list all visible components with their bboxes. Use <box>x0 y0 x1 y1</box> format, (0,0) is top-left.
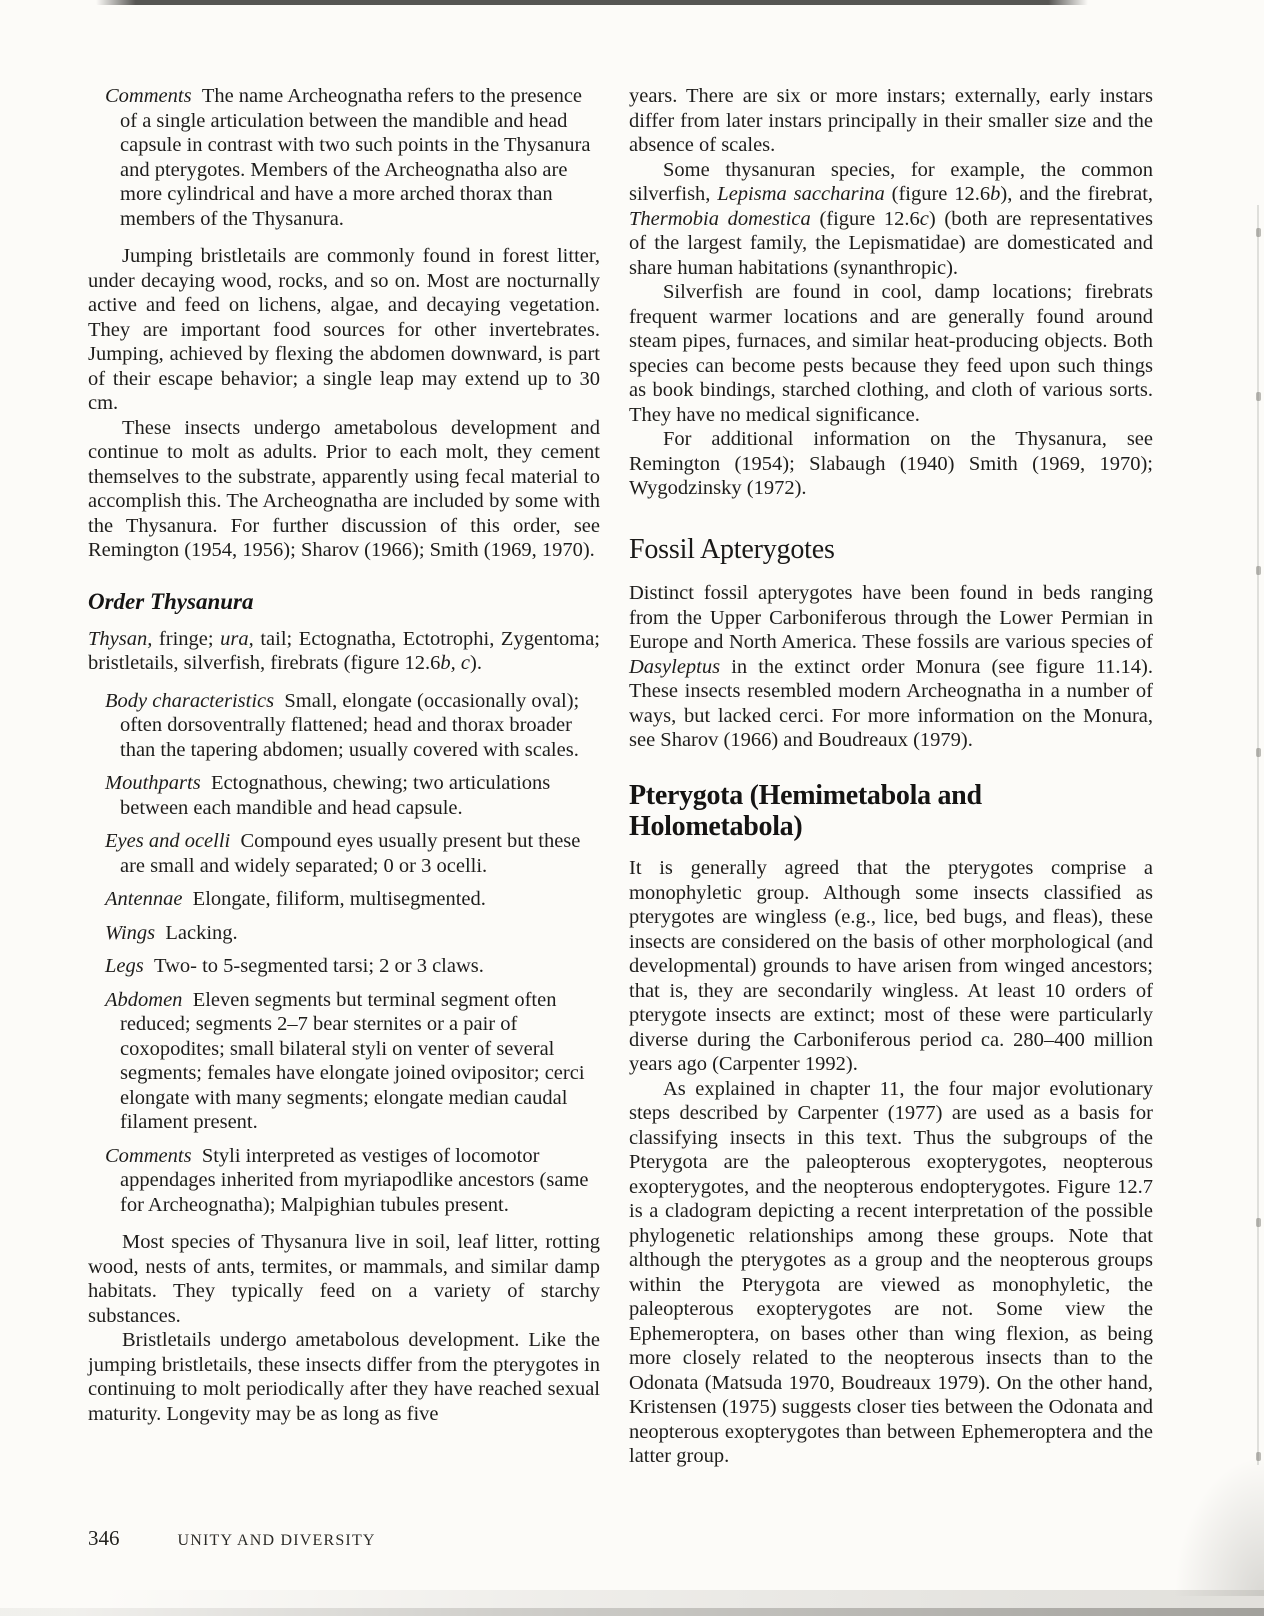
comments-archeognatha: Comments The name Archeognatha refers to… <box>88 84 600 231</box>
right-column: years. There are six or more instars; ex… <box>629 84 1153 1469</box>
page-footer: 346 UNITY AND DIVERSITY <box>88 1526 376 1551</box>
paragraph-ametabolous-development: These insects undergo ametabolous develo… <box>88 416 600 563</box>
paragraph-instars: years. There are six or more instars; ex… <box>629 84 1153 158</box>
running-title: UNITY AND DIVERSITY <box>178 1532 376 1550</box>
paragraph-jumping-bristletails: Jumping bristletails are commonly found … <box>88 244 600 416</box>
paragraph-fossil-apterygotes: Distinct fossil apterygotes have been fo… <box>629 581 1153 753</box>
list-item-comments-thysanura: Comments Styli interpreted as vestiges o… <box>88 1144 600 1218</box>
paragraph-thysanura-etymology: Thysan, fringe; ura, tail; Ectognatha, E… <box>88 627 600 676</box>
book-page: Comments The name Archeognatha refers to… <box>0 0 1264 1616</box>
page-body: Comments The name Archeognatha refers to… <box>88 84 1153 1469</box>
list-item-eyes-and-ocelli: Eyes and ocelli Compound eyes usually pr… <box>88 829 600 878</box>
list-item-legs: Legs Two- to 5-segmented tarsi; 2 or 3 c… <box>88 954 600 979</box>
left-column: Comments The name Archeognatha refers to… <box>88 84 600 1469</box>
page-number: 346 <box>88 1526 120 1551</box>
paragraph-thysanura-habitat: Most species of Thysanura live in soil, … <box>88 1230 600 1328</box>
heading-pterygota: Pterygota (Hemimetabola and Holometabola… <box>629 781 1153 843</box>
paragraph-silverfish-locations: Silverfish are found in cool, damp locat… <box>629 280 1153 427</box>
list-item-mouthparts: Mouthparts Ectognathous, chewing; two ar… <box>88 771 600 820</box>
heading-fossil-apterygotes: Fossil Apterygotes <box>629 535 1153 566</box>
scan-artifact <box>1256 1218 1261 1227</box>
list-item-antennae: Antennae Elongate, filiform, multisegmen… <box>88 887 600 912</box>
scan-artifact <box>1256 566 1261 575</box>
list-item-wings: Wings Lacking. <box>88 921 600 946</box>
scan-edge-bottom <box>0 1590 1264 1608</box>
paragraph-bristletails-development: Bristletails undergo ametabolous develop… <box>88 1328 600 1426</box>
paragraph-classification-cladogram: As explained in chapter 11, the four maj… <box>629 1077 1153 1469</box>
paragraph-pterygotes-monophyletic: It is generally agreed that the pterygot… <box>629 856 1153 1077</box>
scan-artifact <box>1256 392 1261 401</box>
list-item-abdomen: Abdomen Eleven segments but terminal seg… <box>88 988 600 1135</box>
scan-edge-bottom <box>0 1608 1264 1616</box>
paragraph-silverfish-firebrat: Some thysanuran species, for example, th… <box>629 158 1153 281</box>
scan-artifact <box>1174 1456 1264 1596</box>
scan-artifact <box>1256 748 1261 757</box>
scan-artifact <box>1256 228 1261 237</box>
paragraph-additional-information: For additional information on the Thysan… <box>629 427 1153 501</box>
heading-order-thysanura: Order Thysanura <box>88 589 600 615</box>
list-item-body-characteristics: Body characteristics Small, elongate (oc… <box>88 689 600 763</box>
scan-edge-top <box>96 0 1088 5</box>
